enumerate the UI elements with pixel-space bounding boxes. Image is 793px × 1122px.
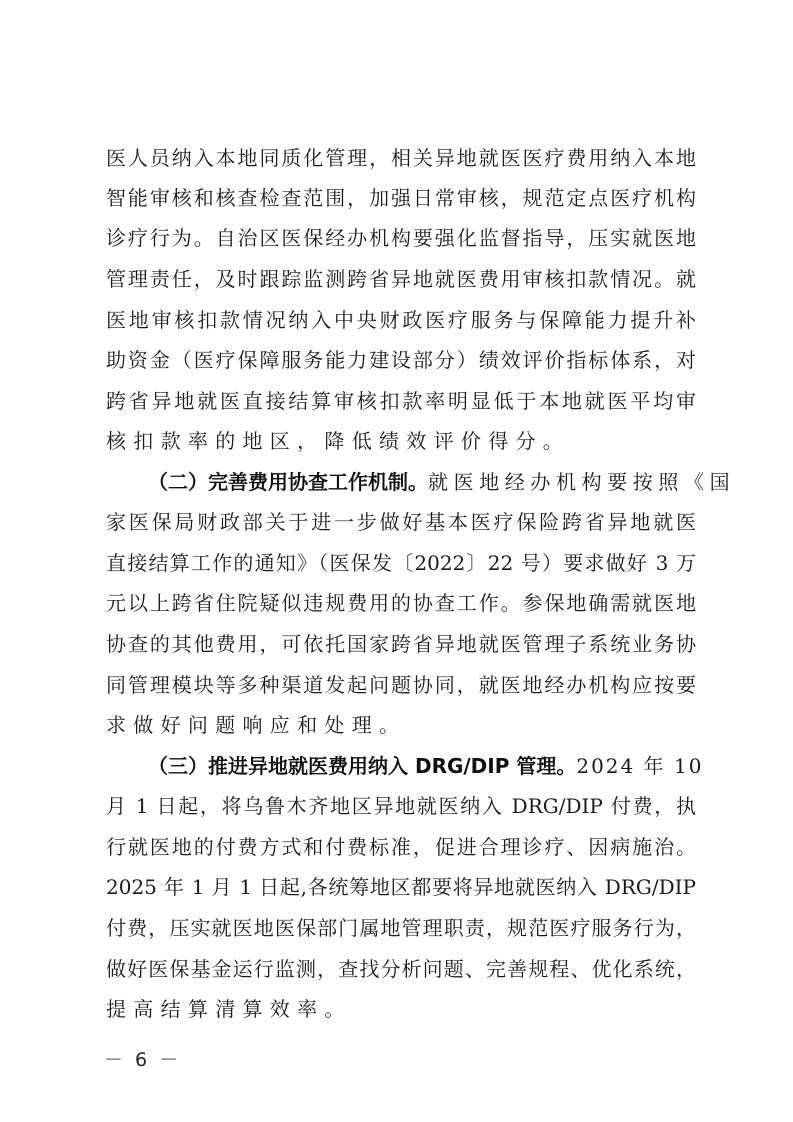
body-line: 元以上跨省住院疑似违规费用的协查工作。参保地确需就医地: [106, 588, 696, 618]
body-line: 诊疗行为。自治区医保经办机构要强化监督指导，压实就医地: [106, 223, 696, 253]
section-heading-3: （三）推进异地就医费用纳入 DRG/DIP 管理。: [148, 751, 576, 781]
body-line: 提高结算清算效率。: [106, 994, 696, 1024]
body-line: 跨省异地就医直接结算审核扣款率明显低于本地就医平均审: [106, 386, 696, 416]
body-line: 做好医保基金运行监测，查找分析问题、完善规程、优化系统，: [106, 954, 696, 984]
document-page: 医人员纳入本地同质化管理，相关异地就医医疗费用纳入本地 智能审核和核查检查范围，…: [0, 0, 793, 1122]
body-line: 管理责任，及时跟踪监测跨省异地就医费用审核扣款情况。就: [106, 264, 696, 294]
body-line: 月 1 日起，将乌鲁木齐地区异地就医纳入 DRG/DIP 付费，执: [106, 791, 696, 821]
body-line: 家医保局财政部关于进一步做好基本医疗保险跨省异地就医: [106, 507, 696, 537]
body-text: 2024 年 10: [576, 751, 703, 781]
body-text: 就医地经办机构要按照《国: [428, 467, 735, 497]
body-line: 智能审核和核查检查范围，加强日常审核，规范定点医疗机构: [106, 183, 696, 213]
body-line: 核扣款率的地区，降低绩效评价得分。: [106, 426, 696, 456]
body-line: 医人员纳入本地同质化管理，相关异地就医医疗费用纳入本地: [106, 143, 696, 173]
body-line: 行就医地的付费方式和付费标准，促进合理诊疗、因病施治。: [106, 832, 696, 862]
body-line: 付费，压实就医地医保部门属地管理职责，规范医疗服务行为，: [106, 913, 696, 943]
body-line: 2025 年 1 月 1 日起,各统筹地区都要将异地就医纳入 DRG/DIP: [106, 872, 696, 902]
body-line: 医地审核扣款情况纳入中央财政医疗服务与保障能力提升补: [106, 305, 696, 335]
section-heading-2: （二）完善费用协查工作机制。: [148, 467, 428, 497]
body-line: 求做好问题响应和处理。: [106, 710, 696, 740]
body-line: 同管理模块等多种渠道发起问题协同，就医地经办机构应按要: [106, 670, 696, 700]
page-number: － 6 －: [104, 1045, 181, 1072]
section-3-first-line: （三）推进异地就医费用纳入 DRG/DIP 管理。 2024 年 10: [148, 751, 696, 781]
body-line: 助资金（医疗保障服务能力建设部分）绩效评价指标体系，对: [106, 345, 696, 375]
body-line: 直接结算工作的通知》（医保发〔2022〕22 号）要求做好 3 万: [106, 548, 696, 578]
section-2-first-line: （二）完善费用协查工作机制。 就医地经办机构要按照《国: [148, 467, 696, 497]
body-line: 协查的其他费用，可依托国家跨省异地就医管理子系统业务协: [106, 629, 696, 659]
